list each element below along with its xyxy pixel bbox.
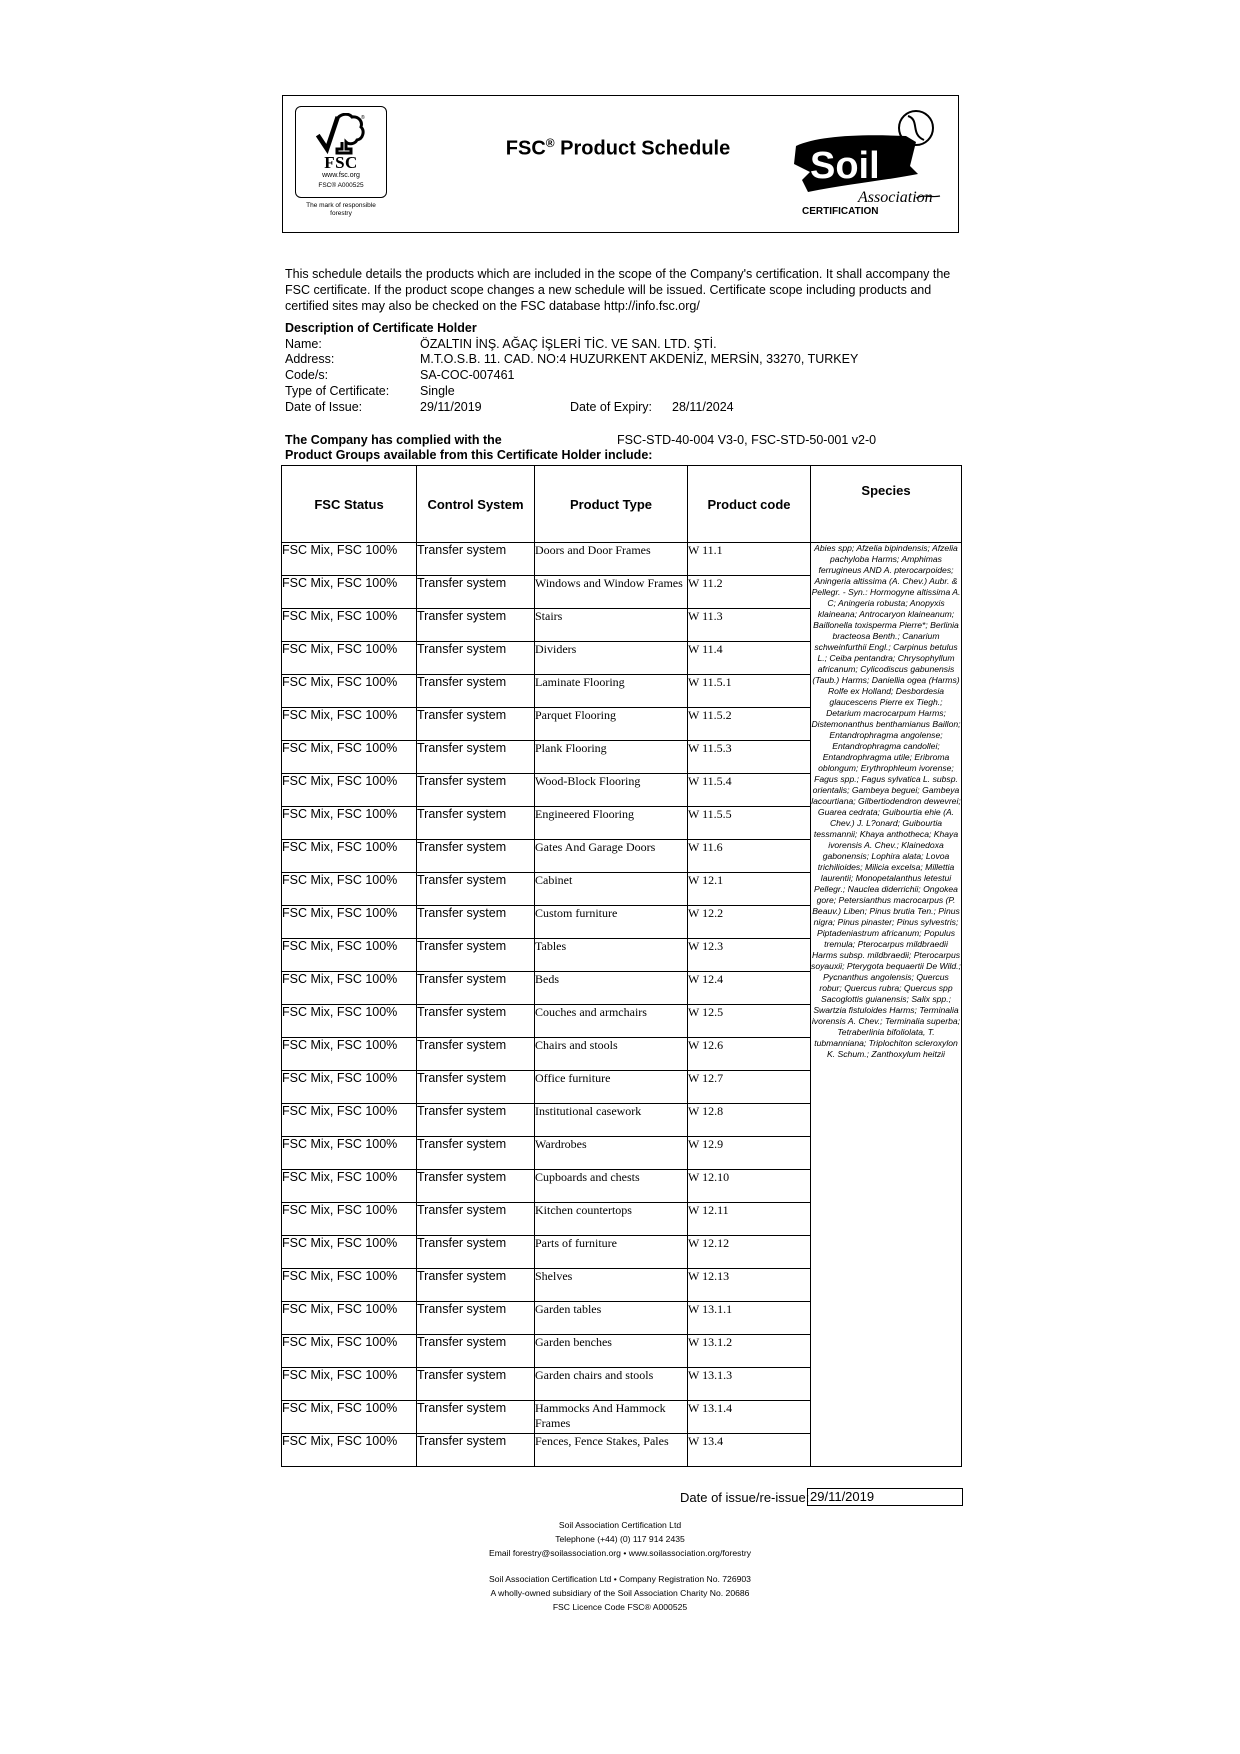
soil-association-logo: Soil Association CERTIFICATION — [788, 106, 943, 224]
compliance-statement: The Company has complied with the FSC-ST… — [285, 433, 955, 463]
product-type-cell: Shelves — [535, 1269, 688, 1302]
fsc-status-cell: FSC Mix, FSC 100% — [282, 1335, 417, 1368]
fsc-status-cell: FSC Mix, FSC 100% — [282, 1203, 417, 1236]
product-type-cell: Hammocks And Hammock Frames — [535, 1401, 688, 1434]
footer-line: Telephone (+44) (0) 117 914 2435 — [440, 1532, 800, 1546]
product-code-cell: W 11.3 — [688, 609, 811, 642]
product-type-cell: Cupboards and chests — [535, 1170, 688, 1203]
fsc-logo: ® FSC www.fsc.org FSC® A000525 — [295, 106, 387, 198]
product-code-cell: W 11.6 — [688, 840, 811, 873]
product-code-cell: W 13.1.4 — [688, 1401, 811, 1434]
fsc-status-cell: FSC Mix, FSC 100% — [282, 543, 417, 576]
footer-line: FSC Licence Code FSC® A000525 — [440, 1600, 800, 1614]
control-system-cell: Transfer system — [417, 1137, 535, 1170]
fsc-status-cell: FSC Mix, FSC 100% — [282, 1038, 417, 1071]
col-header: Control System — [417, 466, 535, 543]
reissue-label: Date of issue/re-issue: — [680, 1490, 809, 1505]
product-type-cell: Beds — [535, 972, 688, 1005]
fsc-status-cell: FSC Mix, FSC 100% — [282, 741, 417, 774]
fsc-wordmark: FSC — [296, 155, 386, 171]
product-type-cell: Wardrobes — [535, 1137, 688, 1170]
product-code-cell: W 13.1.2 — [688, 1335, 811, 1368]
control-system-cell: Transfer system — [417, 1236, 535, 1269]
expiry-date: 28/11/2024 — [672, 400, 734, 416]
product-code-cell: W 11.5.4 — [688, 774, 811, 807]
footer-line: A wholly-owned subsidiary of the Soil As… — [440, 1586, 800, 1600]
fsc-status-cell: FSC Mix, FSC 100% — [282, 1302, 417, 1335]
product-code-cell: W 12.6 — [688, 1038, 811, 1071]
fsc-status-cell: FSC Mix, FSC 100% — [282, 1137, 417, 1170]
control-system-cell: Transfer system — [417, 774, 535, 807]
product-schedule-table: FSC Status Control System Product Type P… — [281, 465, 962, 1467]
product-code-cell: W 12.2 — [688, 906, 811, 939]
footer-line: Email forestry@soilassociation.org • www… — [440, 1546, 800, 1560]
page-title: FSC® Product Schedule — [493, 136, 743, 161]
control-system-cell: Transfer system — [417, 1071, 535, 1104]
control-system-cell: Transfer system — [417, 840, 535, 873]
product-code-cell: W 12.11 — [688, 1203, 811, 1236]
product-code-cell: W 12.3 — [688, 939, 811, 972]
control-system-cell: Transfer system — [417, 972, 535, 1005]
product-code-cell: W 12.7 — [688, 1071, 811, 1104]
control-system-cell: Transfer system — [417, 708, 535, 741]
product-code-cell: W 11.4 — [688, 642, 811, 675]
table-header-row: FSC Status Control System Product Type P… — [282, 466, 962, 543]
control-system-cell: Transfer system — [417, 1038, 535, 1071]
product-code-cell: W 12.13 — [688, 1269, 811, 1302]
holder-codes: SA-COC-007461 — [420, 368, 515, 384]
fsc-status-cell: FSC Mix, FSC 100% — [282, 576, 417, 609]
reissue-date: Date of issue/re-issue: 29/11/2019 — [680, 1490, 809, 1505]
fsc-tagline: The mark of responsible forestry — [295, 202, 387, 218]
fsc-status-cell: FSC Mix, FSC 100% — [282, 708, 417, 741]
fsc-status-cell: FSC Mix, FSC 100% — [282, 1071, 417, 1104]
product-type-cell: Garden benches — [535, 1335, 688, 1368]
certificate-holder: Description of Certificate Holder Name:Ö… — [285, 321, 955, 415]
control-system-cell: Transfer system — [417, 1203, 535, 1236]
holder-address: M.T.O.S.B. 11. CAD. NO:4 HUZURKENT AKDEN… — [420, 352, 858, 368]
fsc-status-cell: FSC Mix, FSC 100% — [282, 840, 417, 873]
issue-date: 29/11/2019 — [420, 400, 570, 416]
control-system-cell: Transfer system — [417, 741, 535, 774]
standards: FSC-STD-40-004 V3-0, FSC-STD-50-001 v2-0 — [617, 433, 876, 448]
name-label: Name: — [285, 337, 420, 353]
control-system-cell: Transfer system — [417, 1335, 535, 1368]
product-type-cell: Cabinet — [535, 873, 688, 906]
fsc-status-cell: FSC Mix, FSC 100% — [282, 1170, 417, 1203]
control-system-cell: Transfer system — [417, 1104, 535, 1137]
footer: Soil Association Certification Ltd Telep… — [440, 1518, 800, 1614]
svg-text:Soil: Soil — [810, 145, 880, 187]
product-type-cell: Doors and Door Frames — [535, 543, 688, 576]
fsc-url: www.fsc.org — [296, 171, 386, 180]
fsc-status-cell: FSC Mix, FSC 100% — [282, 609, 417, 642]
fsc-status-cell: FSC Mix, FSC 100% — [282, 1368, 417, 1401]
product-code-cell: W 12.8 — [688, 1104, 811, 1137]
product-groups-line: Product Groups available from this Certi… — [285, 448, 955, 463]
product-type-cell: Institutional casework — [535, 1104, 688, 1137]
control-system-cell: Transfer system — [417, 873, 535, 906]
col-header: Product Type — [535, 466, 688, 543]
fsc-status-cell: FSC Mix, FSC 100% — [282, 1401, 417, 1434]
col-header: FSC Status — [282, 466, 417, 543]
product-code-cell: W 13.4 — [688, 1434, 811, 1467]
control-system-cell: Transfer system — [417, 609, 535, 642]
product-type-cell: Engineered Flooring — [535, 807, 688, 840]
table-row: FSC Mix, FSC 100%Transfer systemDoors an… — [282, 543, 962, 576]
fsc-status-cell: FSC Mix, FSC 100% — [282, 1005, 417, 1038]
svg-text:®: ® — [361, 114, 365, 121]
fsc-code: FSC® A000525 — [296, 181, 386, 190]
codes-label: Code/s: — [285, 368, 420, 384]
product-code-cell: W 12.1 — [688, 873, 811, 906]
product-code-cell: W 11.5.5 — [688, 807, 811, 840]
type-label: Type of Certificate: — [285, 384, 420, 400]
product-code-cell: W 13.1.3 — [688, 1368, 811, 1401]
control-system-cell: Transfer system — [417, 906, 535, 939]
col-header: Product code — [688, 466, 811, 543]
product-code-cell: W 12.9 — [688, 1137, 811, 1170]
product-type-cell: Garden chairs and stools — [535, 1368, 688, 1401]
issue-label: Date of Issue: — [285, 400, 420, 416]
product-type-cell: Parts of furniture — [535, 1236, 688, 1269]
fsc-status-cell: FSC Mix, FSC 100% — [282, 873, 417, 906]
fsc-status-cell: FSC Mix, FSC 100% — [282, 906, 417, 939]
product-code-cell: W 12.4 — [688, 972, 811, 1005]
fsc-status-cell: FSC Mix, FSC 100% — [282, 939, 417, 972]
fsc-status-cell: FSC Mix, FSC 100% — [282, 1434, 417, 1467]
product-type-cell: Chairs and stools — [535, 1038, 688, 1071]
control-system-cell: Transfer system — [417, 576, 535, 609]
fsc-status-cell: FSC Mix, FSC 100% — [282, 675, 417, 708]
expiry-label: Date of Expiry: — [570, 400, 672, 416]
certificate-type: Single — [420, 384, 455, 400]
product-type-cell: Couches and armchairs — [535, 1005, 688, 1038]
product-type-cell: Kitchen countertops — [535, 1203, 688, 1236]
footer-line: Soil Association Certification Ltd • Com… — [440, 1572, 800, 1586]
control-system-cell: Transfer system — [417, 1005, 535, 1038]
control-system-cell: Transfer system — [417, 543, 535, 576]
control-system-cell: Transfer system — [417, 1269, 535, 1302]
product-type-cell: Office furniture — [535, 1071, 688, 1104]
fsc-status-cell: FSC Mix, FSC 100% — [282, 1269, 417, 1302]
fsc-status-cell: FSC Mix, FSC 100% — [282, 972, 417, 1005]
product-type-cell: Dividers — [535, 642, 688, 675]
product-code-cell: W 11.5.3 — [688, 741, 811, 774]
product-type-cell: Custom furniture — [535, 906, 688, 939]
product-type-cell: Garden tables — [535, 1302, 688, 1335]
product-code-cell: W 11.2 — [688, 576, 811, 609]
reissue-value: 29/11/2019 — [807, 1488, 963, 1506]
svg-text:Association: Association — [857, 189, 933, 206]
fsc-status-cell: FSC Mix, FSC 100% — [282, 807, 417, 840]
product-type-cell: Parquet Flooring — [535, 708, 688, 741]
product-type-cell: Tables — [535, 939, 688, 972]
product-code-cell: W 12.12 — [688, 1236, 811, 1269]
fsc-status-cell: FSC Mix, FSC 100% — [282, 1236, 417, 1269]
species-cell: Abies spp; Afzelia bipindensis; Afzelia … — [811, 543, 962, 1467]
control-system-cell: Transfer system — [417, 675, 535, 708]
svg-text:CERTIFICATION: CERTIFICATION — [802, 206, 878, 217]
fsc-tree-check-icon: ® — [315, 113, 367, 155]
product-type-cell: Wood-Block Flooring — [535, 774, 688, 807]
product-type-cell: Plank Flooring — [535, 741, 688, 774]
holder-section-title: Description of Certificate Holder — [285, 321, 955, 337]
control-system-cell: Transfer system — [417, 939, 535, 972]
product-code-cell: W 12.10 — [688, 1170, 811, 1203]
product-type-cell: Windows and Window Frames — [535, 576, 688, 609]
document-header: ® FSC www.fsc.org FSC® A000525 The mark … — [282, 95, 959, 233]
control-system-cell: Transfer system — [417, 807, 535, 840]
control-system-cell: Transfer system — [417, 1302, 535, 1335]
product-code-cell: W 13.1.1 — [688, 1302, 811, 1335]
control-system-cell: Transfer system — [417, 1368, 535, 1401]
product-code-cell: W 11.5.2 — [688, 708, 811, 741]
fsc-status-cell: FSC Mix, FSC 100% — [282, 774, 417, 807]
fsc-status-cell: FSC Mix, FSC 100% — [282, 642, 417, 675]
product-type-cell: Stairs — [535, 609, 688, 642]
control-system-cell: Transfer system — [417, 642, 535, 675]
product-code-cell: W 11.1 — [688, 543, 811, 576]
intro-paragraph: This schedule details the products which… — [285, 266, 955, 314]
holder-name: ÖZALTIN İNŞ. AĞAÇ İŞLERİ TİC. VE SAN. LT… — [420, 337, 717, 353]
fsc-status-cell: FSC Mix, FSC 100% — [282, 1104, 417, 1137]
control-system-cell: Transfer system — [417, 1434, 535, 1467]
product-code-cell: W 11.5.1 — [688, 675, 811, 708]
footer-line: Soil Association Certification Ltd — [440, 1518, 800, 1532]
control-system-cell: Transfer system — [417, 1170, 535, 1203]
product-code-cell: W 12.5 — [688, 1005, 811, 1038]
col-header: Species — [811, 466, 962, 543]
control-system-cell: Transfer system — [417, 1401, 535, 1434]
product-type-cell: Fences, Fence Stakes, Pales — [535, 1434, 688, 1467]
address-label: Address: — [285, 352, 420, 368]
product-type-cell: Gates And Garage Doors — [535, 840, 688, 873]
product-type-cell: Laminate Flooring — [535, 675, 688, 708]
